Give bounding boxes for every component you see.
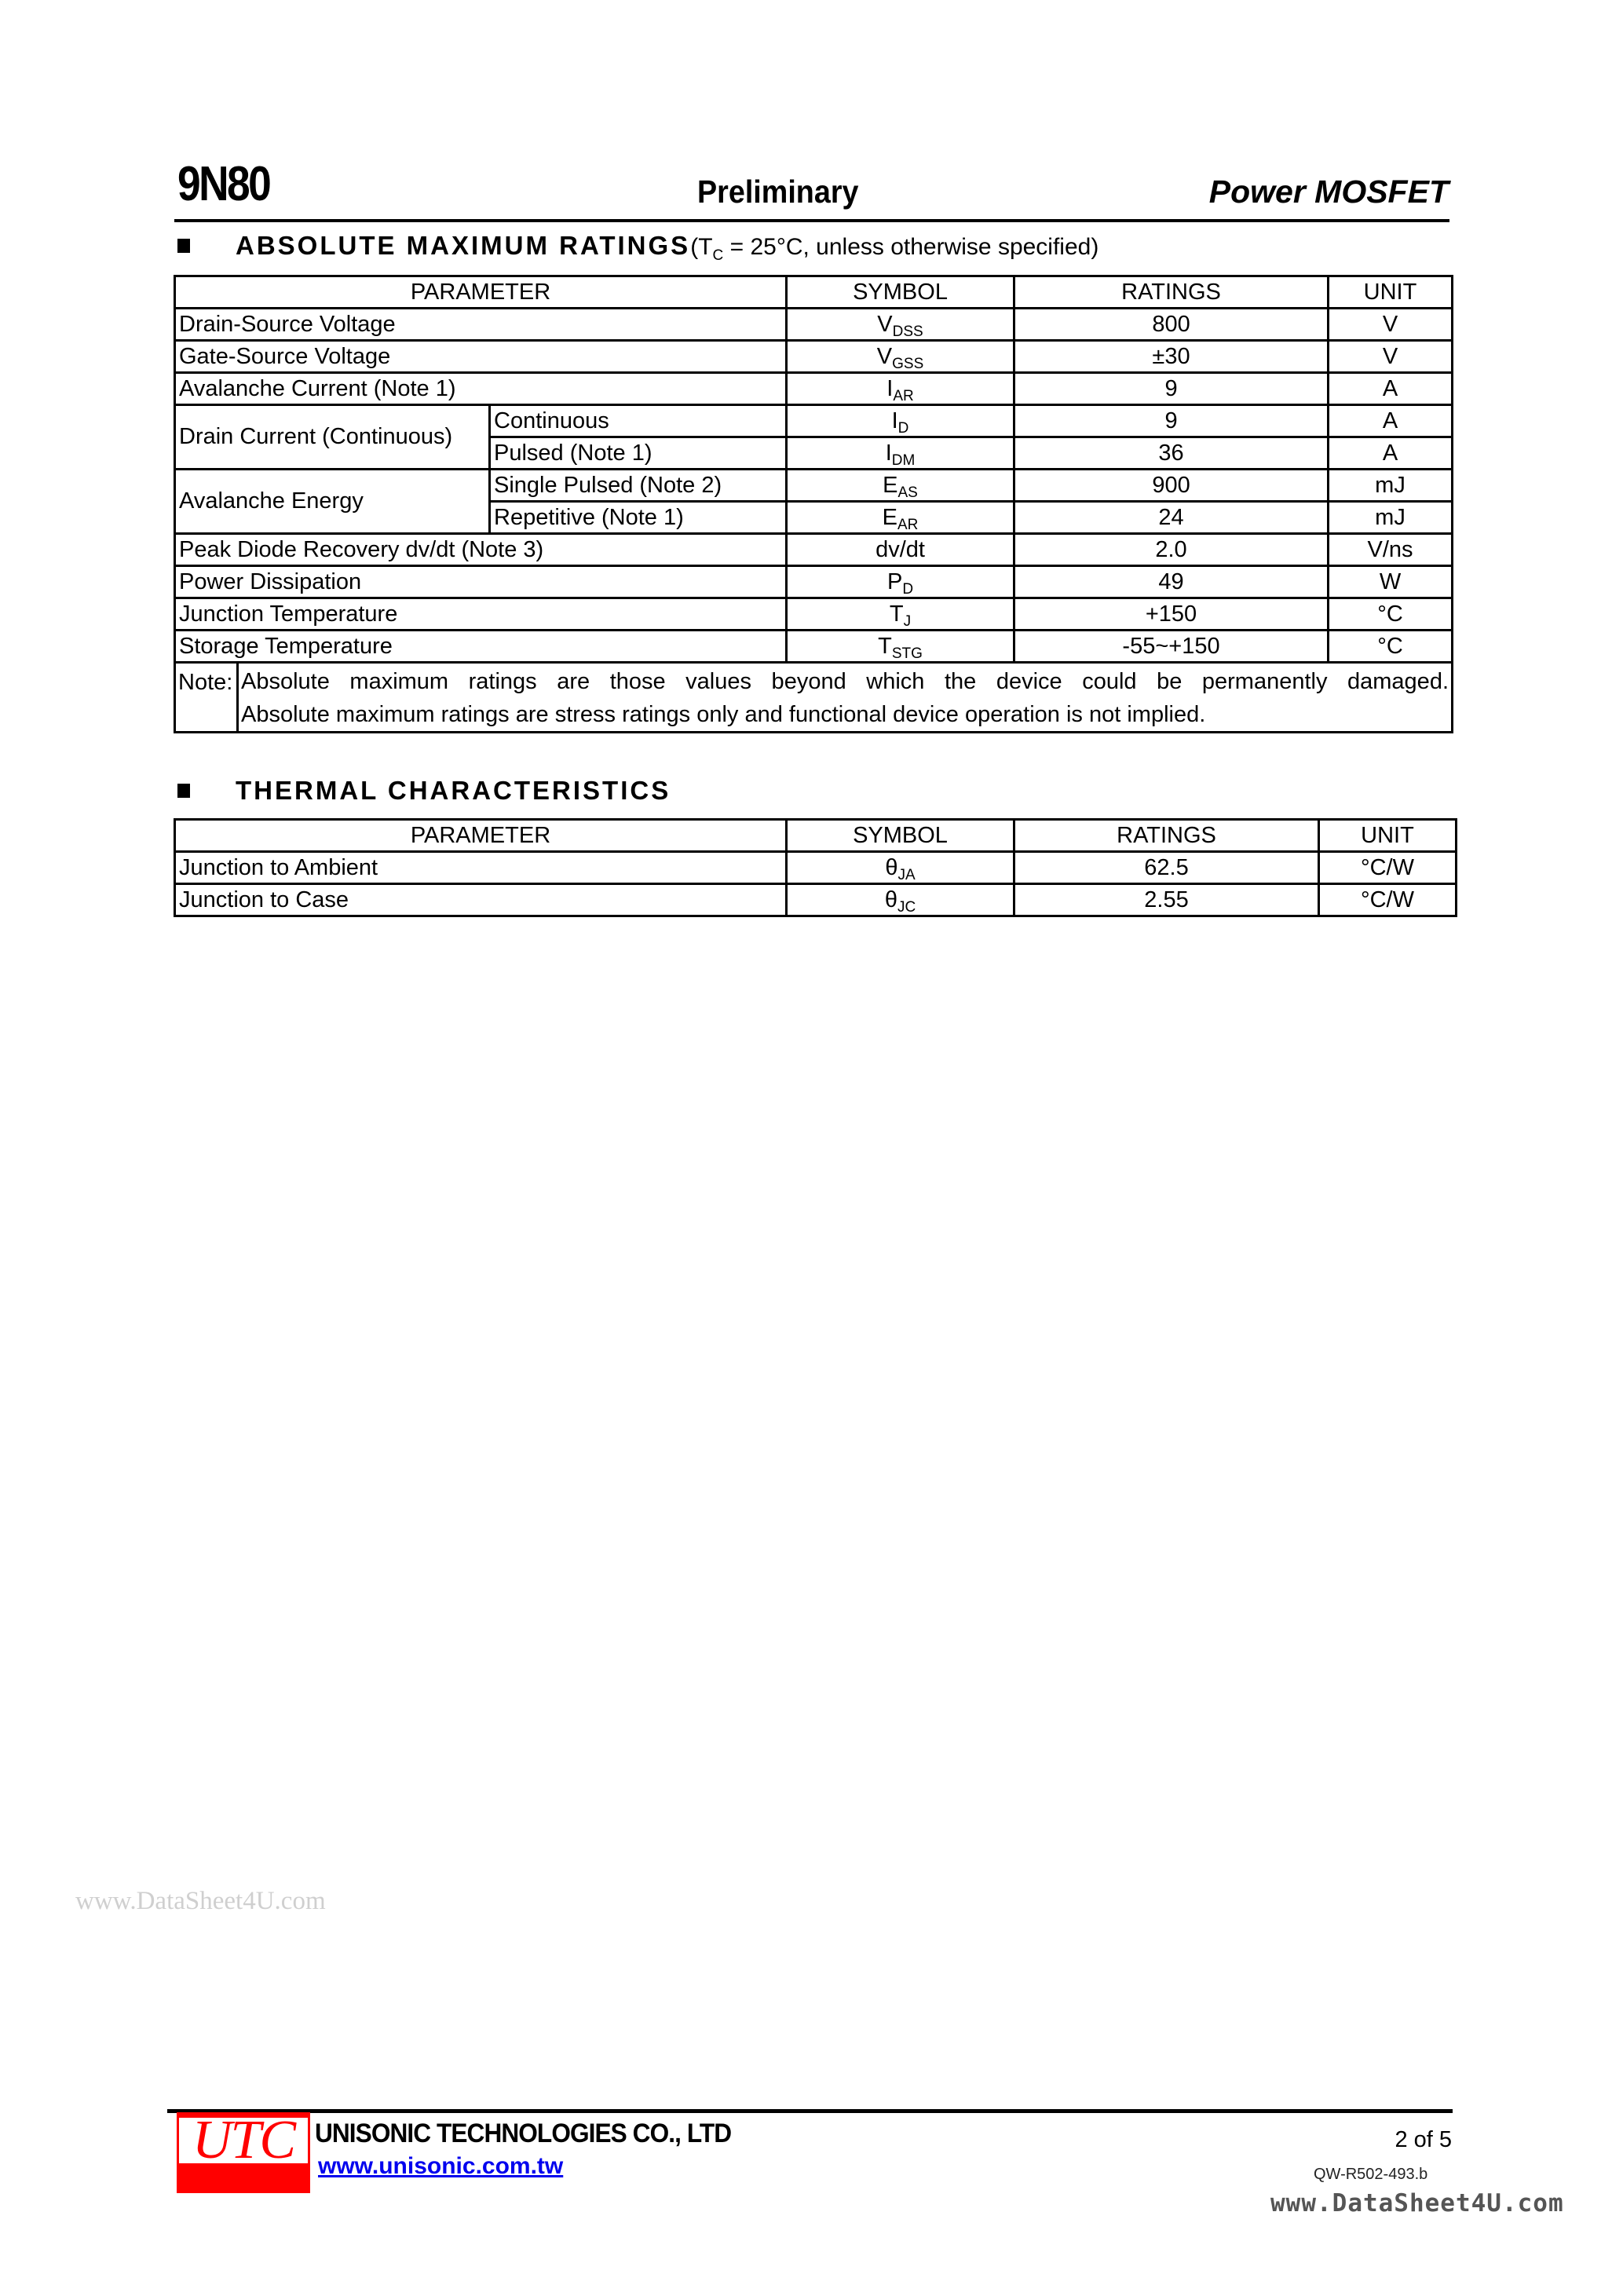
parameter-cell: Junction Temperature (175, 598, 787, 631)
table-header-row: PARAMETERSYMBOLRATINGSUNIT (175, 820, 1457, 852)
column-header: UNIT (1319, 820, 1457, 852)
section-title: THERMAL CHARACTERISTICS (236, 776, 671, 805)
symbol-cell: IDM (787, 437, 1014, 470)
table-row: Junction TemperatureTJ+150°C (175, 598, 1453, 631)
device-type: Power MOSFET (1209, 176, 1449, 208)
absolute-max-ratings-table: PARAMETERSYMBOLRATINGSUNITDrain-Source V… (174, 275, 1453, 733)
document-code: QW-R502-493.b (1314, 2166, 1427, 2182)
symbol-cell: VGSS (787, 341, 1014, 373)
rating-cell: 900 (1014, 470, 1329, 502)
square-bullet-icon (177, 784, 190, 798)
sub-parameter-cell: Pulsed (Note 1) (490, 437, 787, 470)
rating-cell: 2.55 (1014, 884, 1319, 916)
table-row: Power DissipationPD49W (175, 566, 1453, 598)
symbol-cell: θJA (787, 852, 1014, 884)
unit-cell: mJ (1329, 502, 1453, 534)
thermal-characteristics-table: PARAMETERSYMBOLRATINGSUNITJunction to Am… (174, 818, 1457, 917)
parameter-cell: Junction to Case (175, 884, 787, 916)
parameter-cell: Power Dissipation (175, 566, 787, 598)
note-label: Note: (176, 664, 239, 731)
column-header: SYMBOL (787, 820, 1014, 852)
header-divider (174, 219, 1449, 222)
sub-parameter-cell: Single Pulsed (Note 2) (490, 470, 787, 502)
symbol-cell: TJ (787, 598, 1014, 631)
logo-text: UTC (179, 2113, 308, 2168)
company-name: UNISONIC TECHNOLOGIES CO., LTD (315, 2120, 731, 2147)
watermark-right: www.DataSheet4U.com (1270, 2189, 1564, 2217)
table-row: Peak Diode Recovery dv/dt (Note 3)dv/dt2… (175, 534, 1453, 566)
square-bullet-icon (177, 239, 190, 253)
section-heading-absolute-max: ABSOLUTE MAXIMUM RATINGS(TC = 25°C, unle… (177, 232, 1098, 263)
table-row: Drain-Source VoltageVDSS800V (175, 309, 1453, 341)
rating-cell: ±30 (1014, 341, 1329, 373)
column-header: RATINGS (1014, 820, 1319, 852)
symbol-cell: TSTG (787, 631, 1014, 663)
company-website-link[interactable]: www.unisonic.com.tw (318, 2155, 563, 2178)
document-status: Preliminary (697, 176, 858, 208)
watermark-left: www.DataSheet4U.com (75, 1887, 326, 1916)
column-header: PARAMETER (175, 276, 787, 309)
parameter-cell: Gate-Source Voltage (175, 341, 787, 373)
unit-cell: V (1329, 309, 1453, 341)
page-number: 2 of 5 (1395, 2129, 1452, 2152)
unit-cell: A (1329, 373, 1453, 405)
sub-parameter-cell: Continuous (490, 405, 787, 437)
rating-cell: +150 (1014, 598, 1329, 631)
section-condition: (TC = 25°C, unless otherwise specified) (690, 234, 1098, 260)
parameter-cell: Avalanche Current (Note 1) (175, 373, 787, 405)
unit-cell: V/ns (1329, 534, 1453, 566)
symbol-cell: θJC (787, 884, 1014, 916)
rating-cell: 800 (1014, 309, 1329, 341)
unit-cell: mJ (1329, 470, 1453, 502)
unit-cell: °C/W (1319, 852, 1457, 884)
parameter-cell: Junction to Ambient (175, 852, 787, 884)
rating-cell: 62.5 (1014, 852, 1319, 884)
sub-parameter-cell: Repetitive (Note 1) (490, 502, 787, 534)
column-header: PARAMETER (175, 820, 787, 852)
unit-cell: °C (1329, 631, 1453, 663)
symbol-cell: ID (787, 405, 1014, 437)
symbol-cell: VDSS (787, 309, 1014, 341)
note-text: Absolute maximum ratings are those value… (239, 664, 1451, 731)
note-row: Note:Absolute maximum ratings are those … (175, 663, 1453, 733)
parameter-cell: Storage Temperature (175, 631, 787, 663)
unit-cell: °C/W (1319, 884, 1457, 916)
table-row: Avalanche Current (Note 1)IAR9A (175, 373, 1453, 405)
symbol-cell: IAR (787, 373, 1014, 405)
unit-cell: A (1329, 405, 1453, 437)
unit-cell: W (1329, 566, 1453, 598)
footer-divider (167, 2109, 1453, 2113)
parameter-cell: Drain-Source Voltage (175, 309, 787, 341)
parameter-cell: Peak Diode Recovery dv/dt (Note 3) (175, 534, 787, 566)
unit-cell: V (1329, 341, 1453, 373)
unit-cell: A (1329, 437, 1453, 470)
utc-logo: UTC (177, 2112, 310, 2193)
table-row: Storage TemperatureTSTG-55~+150°C (175, 631, 1453, 663)
section-title: ABSOLUTE MAXIMUM RATINGS (236, 231, 690, 260)
rating-cell: 49 (1014, 566, 1329, 598)
symbol-cell: EAS (787, 470, 1014, 502)
symbol-cell: dv/dt (787, 534, 1014, 566)
column-header: UNIT (1329, 276, 1453, 309)
table-row: Junction to AmbientθJA62.5°C/W (175, 852, 1457, 884)
rating-cell: 2.0 (1014, 534, 1329, 566)
table-row: Avalanche EnergySingle Pulsed (Note 2)EA… (175, 470, 1453, 502)
parameter-cell: Drain Current (Continuous) (175, 405, 490, 470)
rating-cell: 36 (1014, 437, 1329, 470)
rating-cell: -55~+150 (1014, 631, 1329, 663)
note-cell: Note:Absolute maximum ratings are those … (175, 663, 1453, 733)
table-row: Drain Current (Continuous)ContinuousID9A (175, 405, 1453, 437)
section-heading-thermal: THERMAL CHARACTERISTICS (177, 777, 671, 803)
symbol-cell: EAR (787, 502, 1014, 534)
table-header-row: PARAMETERSYMBOLRATINGSUNIT (175, 276, 1453, 309)
rating-cell: 24 (1014, 502, 1329, 534)
unit-cell: °C (1329, 598, 1453, 631)
rating-cell: 9 (1014, 373, 1329, 405)
symbol-cell: PD (787, 566, 1014, 598)
part-number: 9N80 (177, 160, 269, 209)
column-header: RATINGS (1014, 276, 1329, 309)
rating-cell: 9 (1014, 405, 1329, 437)
column-header: SYMBOL (787, 276, 1014, 309)
parameter-cell: Avalanche Energy (175, 470, 490, 534)
table-row: Junction to CaseθJC2.55°C/W (175, 884, 1457, 916)
table-row: Gate-Source VoltageVGSS±30V (175, 341, 1453, 373)
